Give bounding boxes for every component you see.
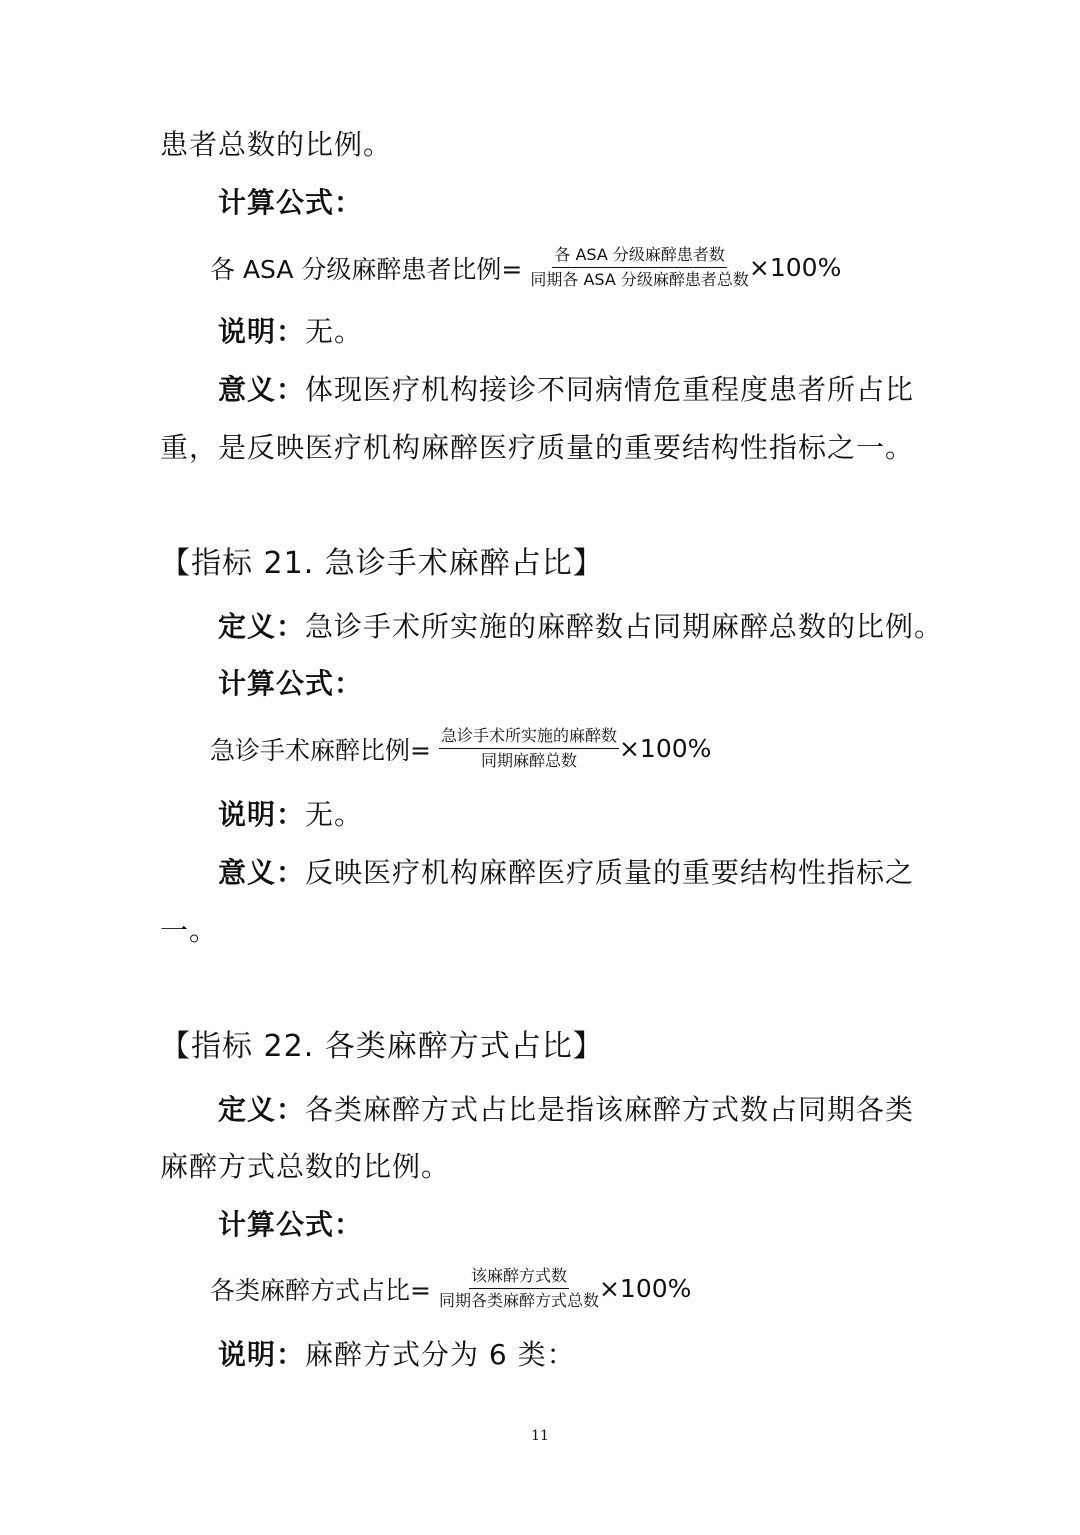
definition-paragraph: 定义：各类麻醉方式占比是指该麻醉方式数占同期各类 xyxy=(218,1090,914,1130)
formula-multiplier: ×100% xyxy=(619,734,711,763)
meaning-text-cont: 重，是反映医疗机构麻醉医疗质量的重要结构性指标之一。 xyxy=(160,428,914,468)
formula-multiplier: ×100% xyxy=(599,1274,691,1303)
formula-numerator: 该麻醉方式数 xyxy=(469,1266,569,1289)
note-paragraph: 说明：麻醉方式分为 6 类： xyxy=(218,1335,576,1375)
asa-formula: 各 ASA 分级麻醉患者比例= 各 ASA 分级麻醉患者数 同期各 ASA 分级… xyxy=(210,245,841,290)
formula-lhs: 各 ASA 分级麻醉患者比例= xyxy=(210,250,522,286)
note-paragraph: 说明：无。 xyxy=(218,312,363,352)
formula-lhs: 急诊手术麻醉比例= xyxy=(210,731,431,767)
indicator-22-heading: 【指标 22. 各类麻醉方式占比】 xyxy=(160,1027,604,1067)
meaning-paragraph: 意义：反映医疗机构麻醉医疗质量的重要结构性指标之 xyxy=(218,853,914,893)
meaning-label: 意义： xyxy=(218,373,305,406)
definition-label: 定义： xyxy=(218,610,305,643)
formula-lhs: 各类麻醉方式占比= xyxy=(210,1271,431,1307)
formula-numerator: 急诊手术所实施的麻醉数 xyxy=(439,726,619,749)
meaning-label: 意义： xyxy=(218,856,305,889)
formula-fraction: 急诊手术所实施的麻醉数 同期麻醉总数 xyxy=(439,726,619,771)
definition-label: 定义： xyxy=(218,1093,305,1126)
note-text: 无。 xyxy=(305,315,363,348)
formula-multiplier: ×100% xyxy=(749,253,841,282)
emergency-formula: 急诊手术麻醉比例= 急诊手术所实施的麻醉数 同期麻醉总数 ×100% xyxy=(210,726,711,771)
note-text: 麻醉方式分为 6 类： xyxy=(305,1338,576,1371)
formula-denominator: 同期各类麻醉方式总数 xyxy=(439,1289,599,1311)
definition-text-cont: 麻醉方式总数的比例。 xyxy=(160,1147,450,1187)
meaning-text-cont: 一。 xyxy=(160,911,218,951)
formula-denominator: 同期麻醉总数 xyxy=(481,749,577,771)
note-text: 无。 xyxy=(305,798,363,831)
note-label: 说明： xyxy=(218,798,305,831)
definition-paragraph: 定义：急诊手术所实施的麻醉数占同期麻醉总数的比例。 xyxy=(218,607,943,647)
note-paragraph: 说明：无。 xyxy=(218,795,363,835)
note-label: 说明： xyxy=(218,315,305,348)
definition-text: 各类麻醉方式占比是指该麻醉方式数占同期各类 xyxy=(305,1093,914,1126)
formula-label: 计算公式： xyxy=(218,664,363,704)
formula-fraction: 该麻醉方式数 同期各类麻醉方式总数 xyxy=(439,1266,599,1311)
anesthesia-method-formula: 各类麻醉方式占比= 该麻醉方式数 同期各类麻醉方式总数 ×100% xyxy=(210,1266,691,1311)
meaning-text: 反映医疗机构麻醉医疗质量的重要结构性指标之 xyxy=(305,856,914,889)
indicator-21-heading: 【指标 21. 急诊手术麻醉占比】 xyxy=(160,544,604,584)
continuation-text: 患者总数的比例。 xyxy=(160,125,392,165)
note-label: 说明： xyxy=(218,1338,305,1371)
meaning-paragraph: 意义：体现医疗机构接诊不同病情危重程度患者所占比 xyxy=(218,370,914,410)
formula-fraction: 各 ASA 分级麻醉患者数 同期各 ASA 分级麻醉患者总数 xyxy=(530,245,749,290)
definition-text: 急诊手术所实施的麻醉数占同期麻醉总数的比例。 xyxy=(305,610,943,643)
formula-label: 计算公式： xyxy=(218,183,363,223)
formula-numerator: 各 ASA 分级麻醉患者数 xyxy=(552,245,727,268)
page-number: 11 xyxy=(0,1428,1080,1444)
meaning-text: 体现医疗机构接诊不同病情危重程度患者所占比 xyxy=(305,373,914,406)
formula-label: 计算公式： xyxy=(218,1205,363,1245)
formula-denominator: 同期各 ASA 分级麻醉患者总数 xyxy=(530,268,749,290)
